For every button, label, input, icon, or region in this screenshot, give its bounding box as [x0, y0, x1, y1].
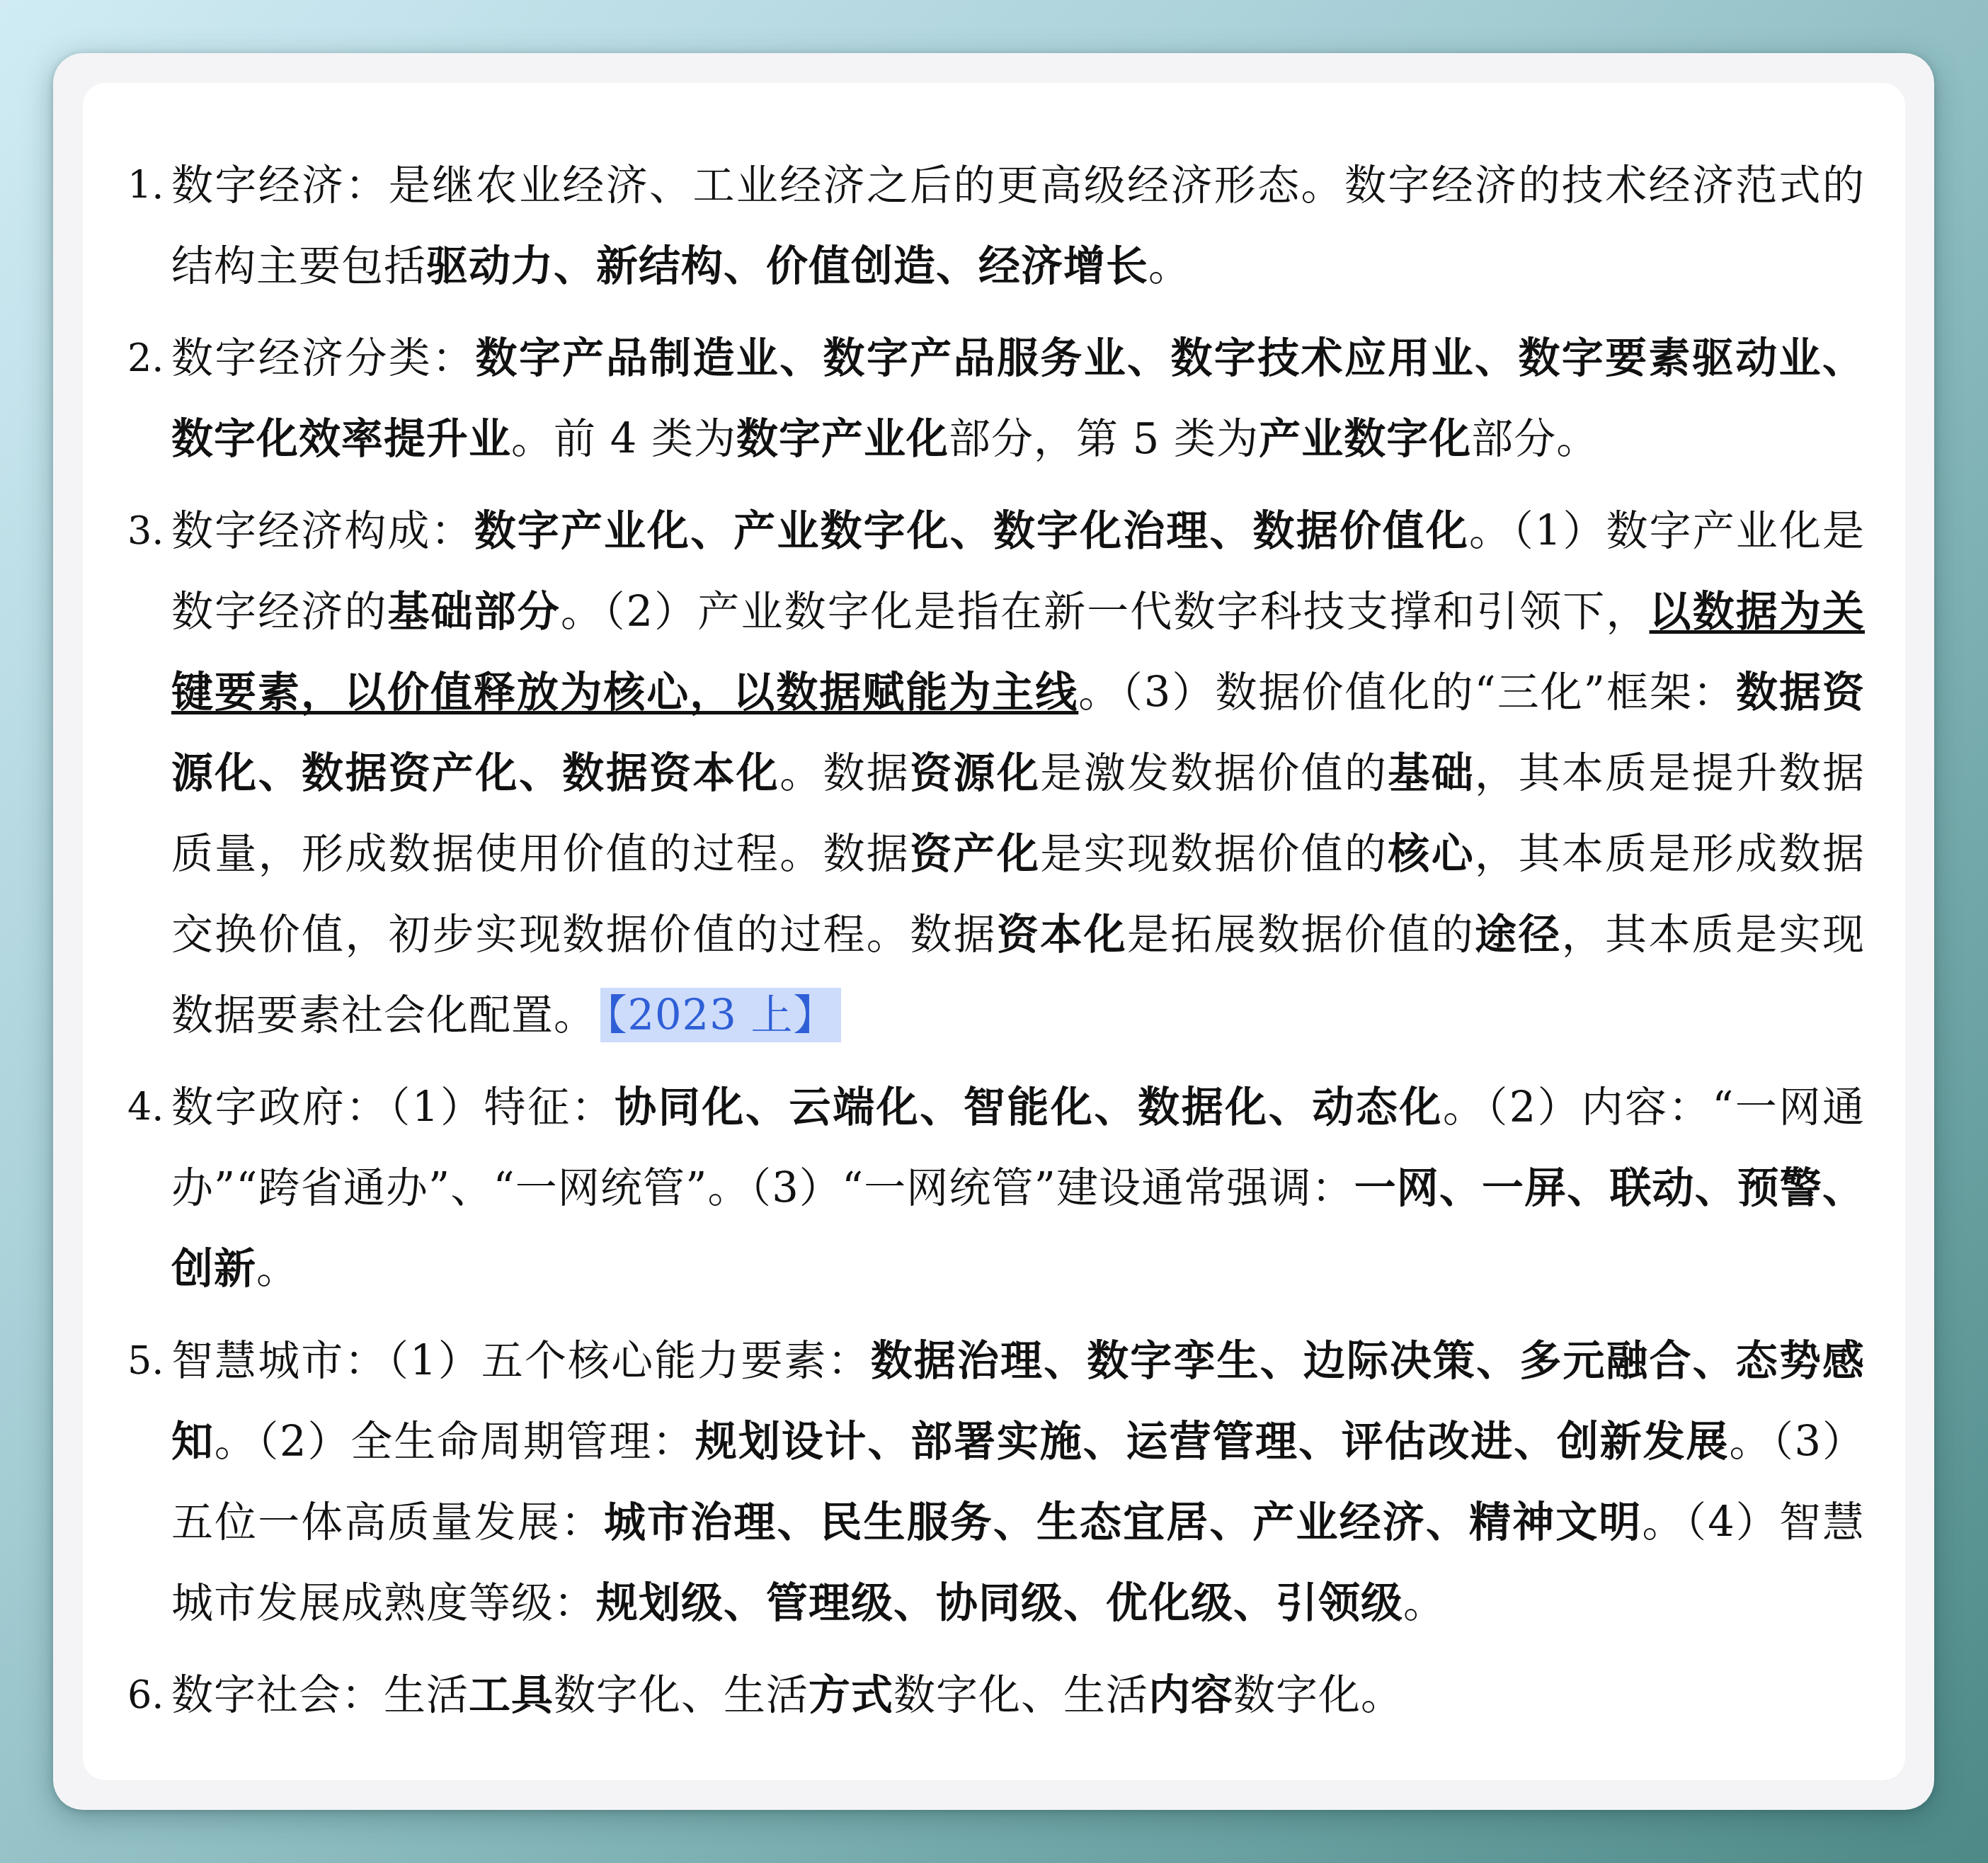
text-run: 数字经济构成：: [171, 506, 474, 555]
list-number: 1.: [127, 145, 164, 226]
bold-text: 城市治理、民生服务、生态宜居、产业经济、精神文明: [604, 1498, 1642, 1546]
bold-text: 数字产业化、产业数字化、数字化治理、数据价值化: [474, 506, 1469, 555]
text-run: 。（3）数据价值化的“三化”框架：: [1078, 668, 1736, 717]
text-run: 。前 4 类为: [511, 414, 736, 463]
bold-text: 内容: [1148, 1670, 1233, 1719]
list-item-6: 6. 数字社会：生活工具数字化、生活方式数字化、生活内容数字化。: [127, 1655, 1865, 1736]
list-item-3: 3. 数字经济构成：数字产业化、产业数字化、数字化治理、数据价值化。（1）数字产…: [127, 491, 1865, 1056]
content-card: 1. 数字经济：是继农业经济、工业经济之后的更高级经济形态。数字经济的技术经济范…: [83, 83, 1905, 1780]
bold-text: 驱动力、新结构、价值创造、经济增长: [426, 241, 1148, 290]
bold-text: 基础部分: [388, 587, 561, 636]
text-run: 是拓展数据价值的: [1127, 910, 1475, 959]
text-run: 。（2）全生命周期管理：: [215, 1417, 695, 1466]
text-run: 。: [256, 1244, 299, 1293]
text-run: 数字社会：生活: [171, 1670, 469, 1719]
outer-card: 1. 数字经济：是继农业经济、工业经济之后的更高级经济形态。数字经济的技术经济范…: [53, 53, 1934, 1810]
text-run: 。（2）产业数字化是指在新一代数字科技支撑和引领下，: [561, 587, 1650, 636]
text-run: 部分。: [1471, 414, 1599, 463]
bold-text: 资源化: [910, 748, 1040, 797]
bold-text: 规划设计、部署实施、运营管理、评估改进、创新发展: [695, 1417, 1729, 1466]
bold-text: 核心: [1388, 829, 1475, 878]
text-run: 智慧城市：（1）五个核心能力要素：: [171, 1336, 871, 1385]
text-run: 。数据: [779, 748, 910, 797]
list-number: 6.: [127, 1655, 164, 1736]
list-number: 3.: [127, 491, 164, 571]
bold-text: 数字产业化: [736, 414, 949, 463]
bold-text: 方式: [809, 1670, 893, 1719]
bold-text: 协同化、云端化、智能化、数据化、动态化: [615, 1083, 1443, 1132]
list-number: 2.: [127, 318, 164, 399]
text-run: 。: [1403, 1578, 1446, 1627]
list-item-5: 5. 智慧城市：（1）五个核心能力要素：数据治理、数字孪生、边际决策、多元融合、…: [127, 1321, 1865, 1643]
list-item-4: 4. 数字政府：（1）特征：协同化、云端化、智能化、数据化、动态化。（2）内容：…: [127, 1067, 1865, 1309]
bold-text: 基础: [1388, 748, 1475, 797]
text-run: 。: [1148, 241, 1191, 290]
text-run: 数字化、生活: [554, 1670, 809, 1719]
text-run: 数字化。: [1233, 1670, 1403, 1719]
list-item-1: 1. 数字经济：是继农业经济、工业经济之后的更高级经济形态。数字经济的技术经济范…: [127, 145, 1865, 307]
bold-text: 规划级、管理级、协同级、优化级、引领级: [596, 1578, 1403, 1627]
exam-year-tag: 【2023 上】: [600, 988, 841, 1042]
text-run: 是激发数据价值的: [1040, 748, 1388, 797]
bold-text: 资产化: [910, 829, 1040, 878]
bold-text: 资本化: [997, 910, 1127, 959]
text-run: 数字化、生活: [893, 1670, 1148, 1719]
text-run: 部分，第 5 类为: [949, 414, 1259, 463]
bold-text: 途径: [1475, 910, 1562, 959]
list-item-2: 2. 数字经济分类：数字产品制造业、数字产品服务业、数字技术应用业、数字要素驱动…: [127, 318, 1865, 479]
text-run: 数字经济分类：: [171, 334, 476, 382]
text-run: 是实现数据价值的: [1040, 829, 1388, 878]
list-number: 4.: [127, 1067, 164, 1148]
bold-text: 工具: [469, 1670, 554, 1719]
bold-text: 产业数字化: [1259, 414, 1471, 463]
numbered-list: 1. 数字经济：是继农业经济、工业经济之后的更高级经济形态。数字经济的技术经济范…: [127, 145, 1869, 1747]
list-number: 5.: [127, 1321, 164, 1401]
text-run: 数字政府：（1）特征：: [171, 1083, 615, 1132]
